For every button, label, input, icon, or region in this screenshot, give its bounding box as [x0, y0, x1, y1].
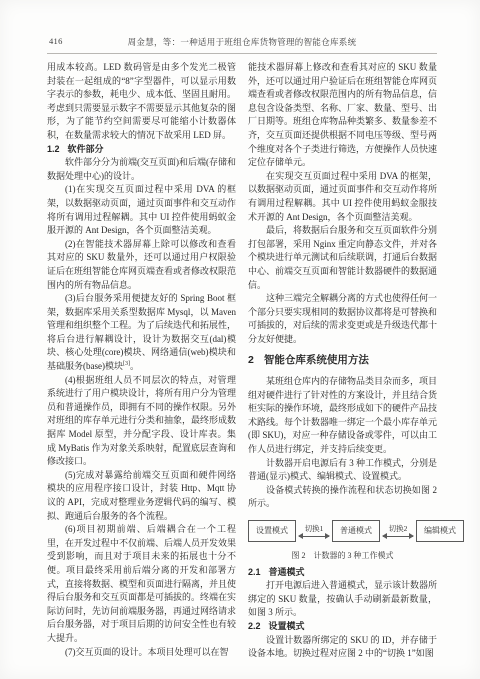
- figure-2-mode-diagram: 设置模式 切换1 普通模式 切换2 编辑模式 图 2 计数器的 3 种工作模式: [248, 518, 437, 563]
- double-arrow-icon: [299, 536, 329, 537]
- left-column: 用成本较高。LED 数码管是由多个发光二极管封装在一起组成的“8”字型器件，可以…: [47, 61, 236, 661]
- heading-2-1-normal-mode: 2.1 普通模式: [248, 566, 437, 580]
- heading-number: 1.2: [47, 143, 60, 157]
- heading-2-2-setting-mode: 2.2 设置模式: [248, 620, 437, 634]
- figure-2-caption: 图 2 计数器的 3 种工作模式: [248, 549, 437, 563]
- paragraph-hardware-plan: 某班组仓库内的存储物品类目杂而多，项目组对硬件进行了针对性的方案设计，并且结合货…: [248, 375, 437, 457]
- paragraph-software-intro: 软件部分分为前端(交互页面)和后端(存储和数据处理中心)的设计。: [47, 156, 236, 183]
- heading-title: 设置模式: [269, 620, 305, 634]
- figure-2-diagram-row: 设置模式 切换1 普通模式 切换2 编辑模式: [248, 518, 437, 542]
- figure-node-setting-mode: 设置模式: [248, 520, 296, 542]
- paragraph-three-modes: 计数器开启电源后有 3 种工作模式，分别是普通(显示)模式、编辑模式、设置模式。: [248, 457, 437, 484]
- paragraph-setting-mode: 设置计数器所绑定的 SKU 的 ID，并存储于设备本地。切换过程对应图 2 中的…: [248, 634, 437, 661]
- heading-number: 2.2: [248, 620, 261, 634]
- paragraph-screen-sku: 能技术器屏幕上修改和查看其对应的 SKU 数量外，还可以通过用户验证后在班组智能…: [248, 61, 437, 170]
- transition-arrow-1-label: 切换1: [305, 525, 324, 533]
- paper-page: 416 周金慧，等：一种适用于班组仓库货物管理的智能仓库系统 用成本较高。LED…: [0, 0, 480, 679]
- heading-title: 普通模式: [269, 566, 305, 580]
- heading-2-usage: 2 智能仓库系统使用方法: [248, 354, 437, 368]
- heading-title: 软件部分: [68, 143, 104, 157]
- paragraph-item-1: (1)在实现交互页面过程中采用 DVA 的框架，以数据驱动页面，通过页面事件和交…: [47, 183, 236, 237]
- paragraph-normal-mode: 打开电源后进入普通模式，显示该计数器所绑定的 SKU 数量，按确认手动刷新最新数…: [248, 579, 437, 620]
- transition-arrow-1: 切换1: [299, 525, 329, 537]
- citation-ref-3: [3]: [123, 361, 130, 367]
- paragraph-item-2: (2)在智能技术器屏幕上除可以修改和查看其对应的 SKU 数量外，还可以通过用户…: [47, 238, 236, 292]
- two-column-body: 用成本较高。LED 数码管是由多个发光二极管封装在一起组成的“8”字型器件，可以…: [47, 61, 437, 661]
- figure-node-edit-mode: 编辑模式: [416, 520, 464, 542]
- paragraph-item-3-end: 。: [130, 361, 139, 371]
- double-arrow-icon: [383, 536, 413, 537]
- paragraph-deploy: 最后，将数据后台服务和交互页面软件分别打包部署，采用 Nginx 重定向静态文件…: [248, 224, 437, 292]
- paragraph-item-6: (6)项目初期前端、后端耦合在一个工程里，在开发过程中不仅前端、后端人员开发效果…: [47, 523, 236, 645]
- paragraph-decouple: 这种三端完全解耦分离的方式也使得任何一个部分只要实现相同的数据协议都将是可替换和…: [248, 292, 437, 346]
- paragraph-item-7: (7)交互页面的设计。本项目处理可以在智: [47, 646, 236, 660]
- transition-arrow-2-label: 切换2: [389, 525, 408, 533]
- paragraph-item-4: (4)根据班组人员不同层次的特点，对管理系统进行了用户模块设计，将所有用户分为管…: [47, 374, 236, 469]
- figure-node-normal-mode: 普通模式: [332, 520, 380, 542]
- paragraph-led-cost: 用成本较高。LED 数码管是由多个发光二极管封装在一起组成的“8”字型器件，可以…: [47, 61, 236, 143]
- paragraph-figure-ref: 设备模式转换的操作流程和状态切换如图 2 所示。: [248, 484, 437, 511]
- header-rule: [47, 53, 437, 54]
- heading-1-2-software: 1.2 软件部分: [47, 143, 236, 157]
- paragraph-dva-framework: 在实现交互页面过程中采用 DVA 的框架，以数据驱动页面，通过页面事件和交互动作…: [248, 170, 437, 224]
- running-head: 416 周金慧，等：一种适用于班组仓库货物管理的智能仓库系统: [47, 36, 437, 50]
- paragraph-item-3-text: (3)后台服务采用便捷友好的 Spring Boot 框架，数据库采用关系型数据…: [47, 293, 236, 371]
- heading-title: 智能仓库系统使用方法: [264, 354, 369, 368]
- paragraph-item-3: (3)后台服务采用便捷友好的 Spring Boot 框架，数据库采用关系型数据…: [47, 292, 236, 374]
- heading-number: 2: [248, 354, 254, 368]
- paragraph-item-5: (5)完成对暴露给前端交互页面和硬件网络模块的应用程序接口设计，封装 Http、…: [47, 469, 236, 523]
- transition-arrow-2: 切换2: [383, 525, 413, 537]
- running-title: 周金慧，等：一种适用于班组仓库货物管理的智能仓库系统: [47, 36, 437, 48]
- right-column: 能技术器屏幕上修改和查看其对应的 SKU 数量外，还可以通过用户验证后在班组智能…: [248, 61, 437, 661]
- heading-number: 2.1: [248, 566, 261, 580]
